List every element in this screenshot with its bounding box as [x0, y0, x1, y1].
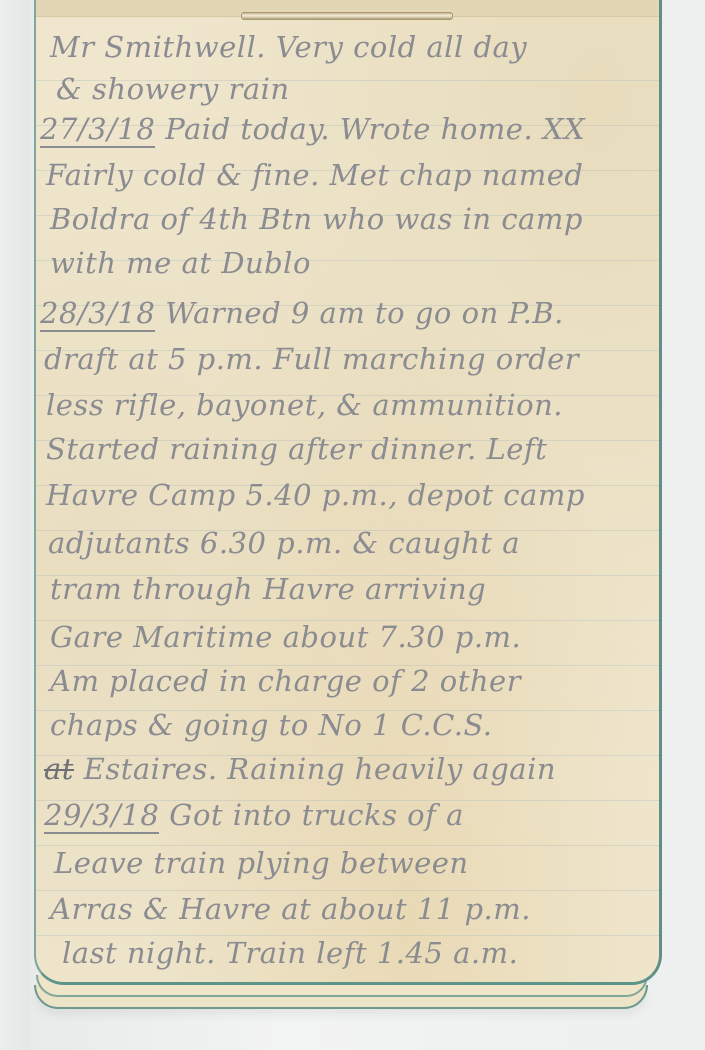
diary-line: Gare Maritime about 7.30 p.m.	[50, 620, 645, 654]
diary-entry-29-3-18: 29/3/18Got into trucks of a	[44, 798, 645, 834]
diary-line: Am placed in charge of 2 other	[50, 664, 645, 698]
diary-text: Mr Smithwell. Very cold all day & shower…	[36, 0, 659, 982]
diary-line: Havre Camp 5.40 p.m., depot camp	[46, 478, 645, 512]
diary-line: adjutants 6.30 p.m. & caught a	[48, 526, 645, 560]
entry-date: 27/3/18	[40, 112, 155, 148]
struck-word: at	[44, 752, 74, 786]
diary-line: Started raining after dinner. Left	[46, 432, 645, 466]
diary-line: last night. Train left 1.45 a.m.	[62, 936, 645, 970]
diary-line: at Estaires. Raining heavily again	[44, 752, 645, 786]
entry-date: 29/3/18	[44, 798, 159, 834]
background-left	[0, 0, 30, 1050]
diary-line: tram through Havre arriving	[50, 572, 645, 606]
notebook-page: Mr Smithwell. Very cold all day & shower…	[34, 0, 662, 985]
diary-line: Arras & Havre at about 11 p.m.	[50, 892, 645, 926]
diary-line: Mr Smithwell. Very cold all day	[50, 30, 645, 64]
diary-line: Boldra of 4th Btn who was in camp	[50, 202, 645, 236]
diary-line: draft at 5 p.m. Full marching order	[44, 342, 645, 376]
diary-line: less rifle, bayonet, & ammunition.	[46, 388, 645, 422]
diary-line: & showery rain	[56, 72, 645, 106]
entry-date: 28/3/18	[40, 296, 155, 332]
diary-line: Leave train plying between	[54, 846, 645, 880]
diary-entry-27-3-18: 27/3/18Paid today. Wrote home. XX	[40, 112, 645, 148]
diary-line: chaps & going to No 1 C.C.S.	[50, 708, 645, 742]
diary-entry-28-3-18: 28/3/18Warned 9 am to go on P.B.	[40, 296, 645, 332]
diary-line: Fairly cold & fine. Met chap named	[46, 158, 645, 192]
diary-line: with me at Dublo	[50, 246, 645, 280]
